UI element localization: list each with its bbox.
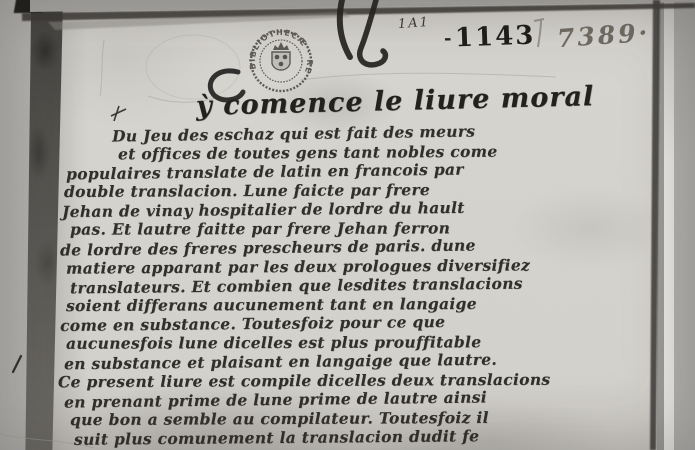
shelfmark-dash: - xyxy=(444,28,451,49)
shelfmark-number-light-value: 7389 xyxy=(556,19,639,54)
manuscript-line: double translacion. Lune faicte par frer… xyxy=(64,180,430,201)
page-edge-background xyxy=(657,0,695,450)
dark-corner-fragment xyxy=(14,0,46,13)
shelfmark-inscription: 1A1 xyxy=(398,15,431,32)
edge-slash-mark xyxy=(13,356,21,372)
shelfmark-trailing-dot: · xyxy=(637,18,651,48)
manuscript-line: come en substance. Toutesfoiz pour ce qu… xyxy=(60,312,445,335)
manuscript-photo: BIBLIOTHECÆ · REGIÆ ỳ comence le liure m… xyxy=(0,0,695,450)
manuscript-line: suit plus comunement la translacion dudi… xyxy=(74,426,479,449)
shelfmark-number-dark: 1143 xyxy=(455,21,536,54)
